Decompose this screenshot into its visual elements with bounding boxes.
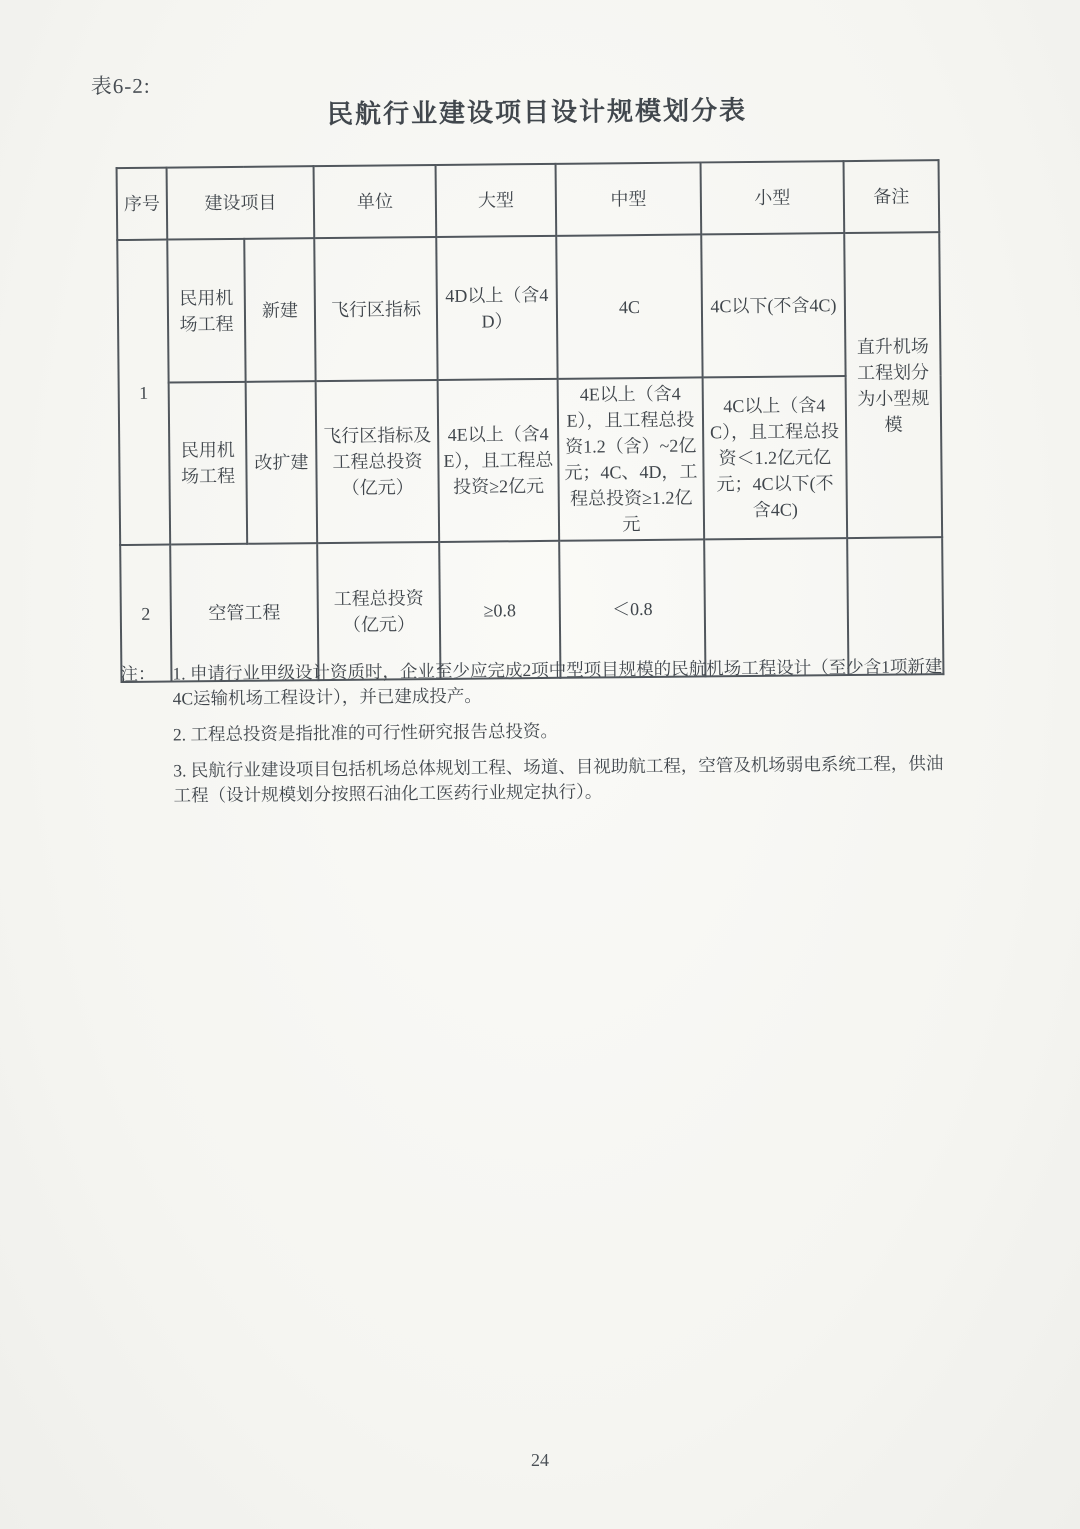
header-unit: 单位 [314,165,437,238]
cell-unit-rebuild: 飞行区指标及工程总投资（亿元） [316,380,440,543]
note-item-1: 1. 申请行业甲级设计资质时，企业至少应完成2项中型项目规模的民航机场工程设计（… [172,654,952,711]
cell-large-new: 4D以上（含4D） [436,236,557,380]
cell-small-rebuild: 4C以上（含4C），且工程总投资＜1.2亿元亿元；4C以下(不含4C) [703,376,848,539]
page-number: 24 [0,1450,1080,1471]
table-notes: 注： 1. 申请行业甲级设计资质时，企业至少应完成2项中型项目规模的民航机场工程… [120,654,953,820]
cell-unit-new: 飞行区指标 [314,237,437,381]
header-seq: 序号 [117,168,168,240]
design-scale-table: 序号 建设项目 单位 大型 中型 小型 备注 1 民用机场工程 新建 飞行区指标… [116,159,945,683]
cell-medium-rebuild: 4E以上（含4E），且工程总投资1.2（含）~2亿元；4C、4D，工程总投资≥1… [558,377,705,540]
cell-project-rebuild: 民用机场工程 [169,382,248,545]
cell-mode-rebuild: 改扩建 [246,381,318,544]
cell-mode-new: 新建 [244,238,315,382]
cell-large-rebuild: 4E以上（含4E），且工程总投资≥2亿元 [438,379,560,542]
note-item-2: 2. 工程总投资是指批准的可行性研究报告总投资。 [173,715,953,747]
cell-small-new: 4C以下(不含4C) [701,233,845,377]
scanned-page: 表6-2: 民航行业建设项目设计规模划分表 序号 建设项目 单位 大型 中型 小… [0,0,1080,1529]
note-item-3: 3. 民航行业建设项目包括机场总体规划工程、场道、目视助航工程，空管及机场弱电系… [173,751,953,808]
header-project: 建设项目 [167,166,315,239]
notes-label: 注： [120,662,155,687]
table-header-row: 序号 建设项目 单位 大型 中型 小型 备注 [117,160,940,240]
header-remark: 备注 [844,160,940,233]
header-small: 小型 [701,161,845,234]
cell-medium-new: 4C [556,234,702,378]
cell-project-new: 民用机场工程 [167,239,245,383]
table-row: 民用机场工程 改扩建 飞行区指标及工程总投资（亿元） 4E以上（含4E），且工程… [119,375,943,545]
table-row: 1 民用机场工程 新建 飞行区指标 4D以上（含4D） 4C 4C以下(不含4C… [117,232,940,383]
cell-remark-airport: 直升机场工程划分为小型规模 [844,232,942,538]
header-medium: 中型 [556,162,702,235]
cell-seq-1: 1 [117,240,170,545]
header-large: 大型 [436,164,557,237]
document-title: 民航行业建设项目设计规模划分表 [0,87,1077,134]
